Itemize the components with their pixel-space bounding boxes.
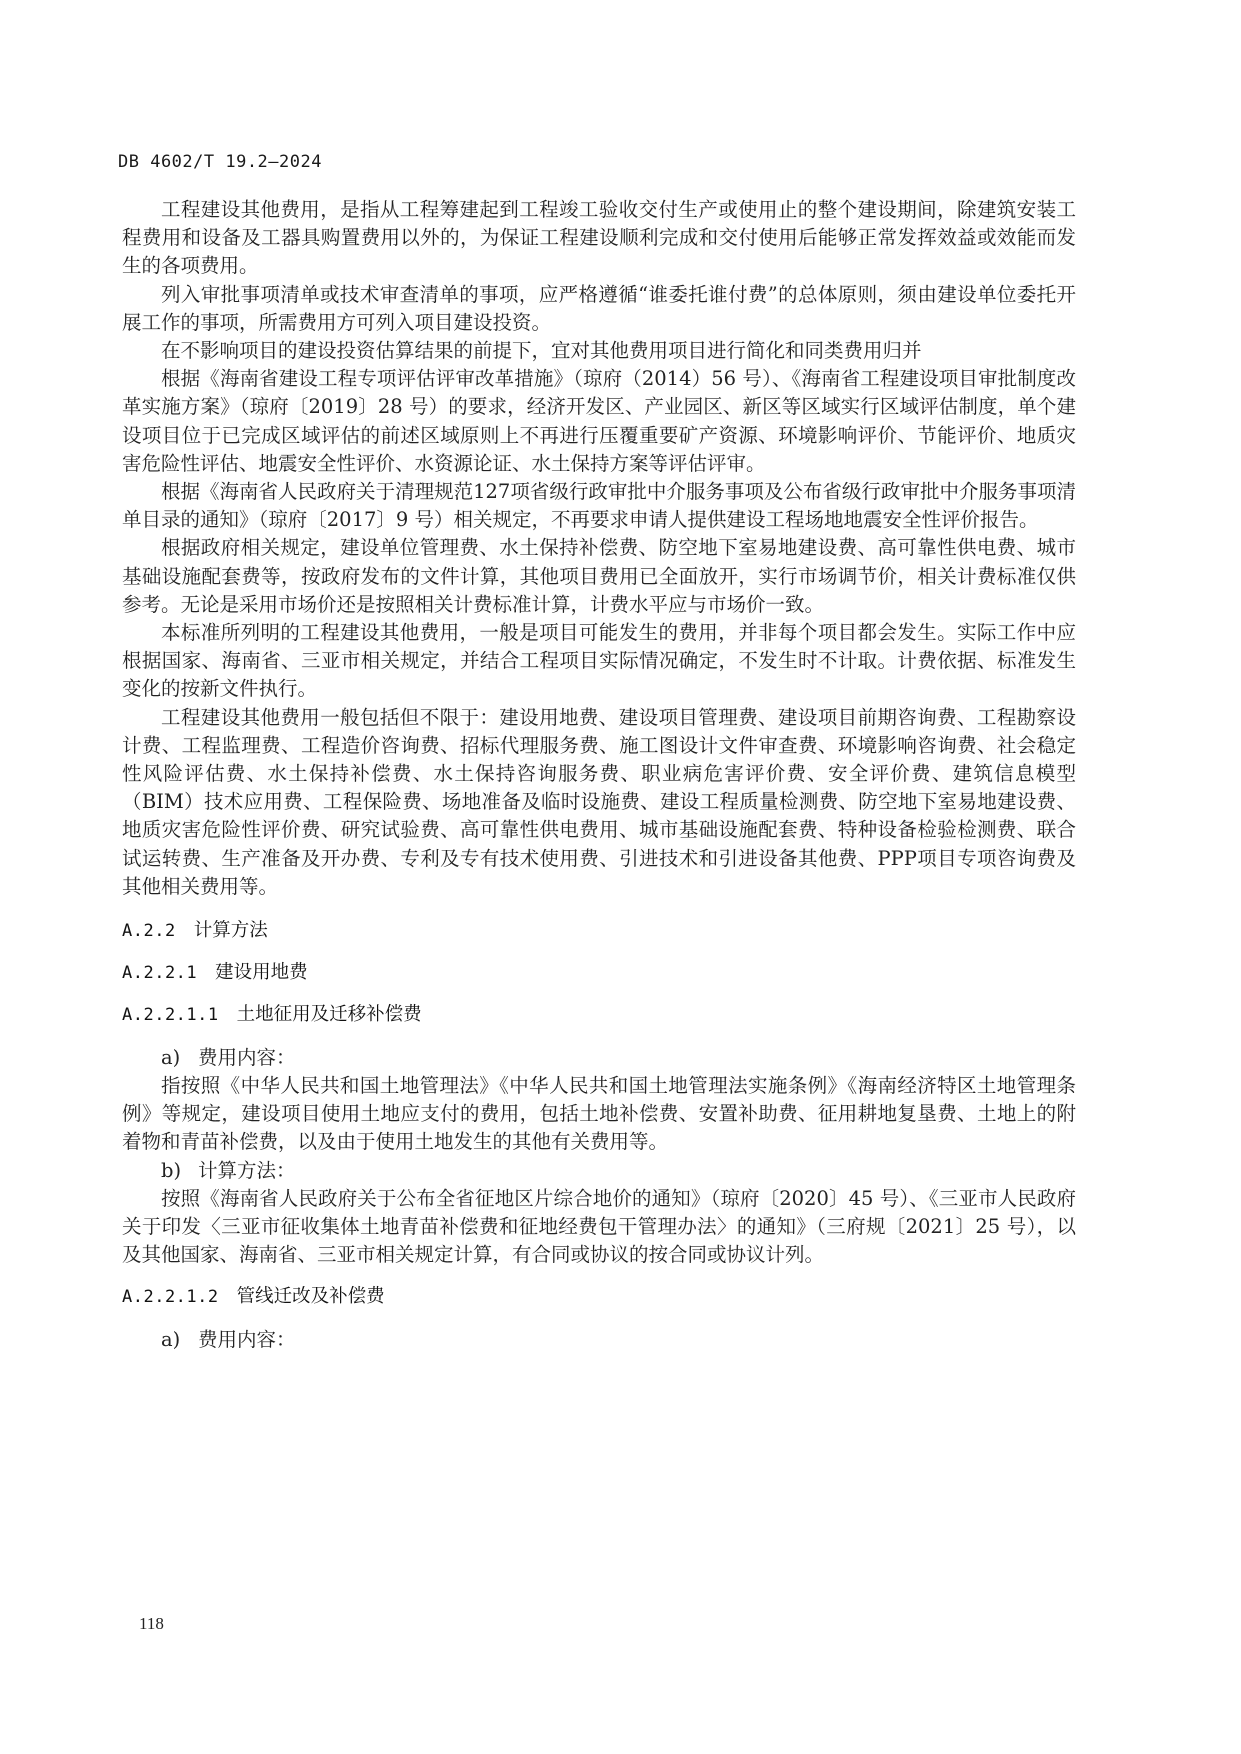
list-marker: a) [161, 1044, 198, 1072]
paragraph-approval-items: 列入审批事项清单或技术审查清单的事项，应严格遵循“谁委托谁付费”的总体原则，须由… [122, 281, 1076, 337]
list-item-label-a: a)费用内容： [122, 1044, 1076, 1072]
section-heading-a22: A.2.2计算方法 [122, 917, 1076, 945]
paragraph-fee-list: 工程建设其他费用一般包括但不限于：建设用地费、建设项目管理费、建设项目前期咨询费… [122, 704, 1076, 901]
standard-number-header: DB 4602/T 19.2—2024 [118, 152, 322, 172]
section-number: A.2.2.1.2 [122, 1287, 219, 1307]
section-heading-a2211: A.2.2.1.1土地征用及迁移补偿费 [122, 1001, 1076, 1029]
paragraph-land-fee-content: 指按照《中华人民共和国土地管理法》《中华人民共和国土地管理法实施条例》《海南经济… [122, 1072, 1076, 1157]
section-number: A.2.2.1.1 [122, 1005, 219, 1025]
paragraph-simplification: 在不影响项目的建设投资估算结果的前提下，宜对其他费用项目进行简化和同类费用归并 [122, 337, 1076, 365]
page-number: 118 [139, 1614, 164, 1634]
document-page: DB 4602/T 19.2—2024 工程建设其他费用，是指从工程筹建起到工程… [0, 0, 1241, 1754]
list-label: 费用内容： [198, 1046, 296, 1069]
list-label: 计算方法： [198, 1159, 296, 1182]
list-marker: a) [161, 1326, 198, 1354]
paragraph-regional-assessment: 根据《海南省建设工程专项评估评审改革措施》（琼府（2014）56 号）、《海南省… [122, 365, 1076, 478]
section-number: A.2.2 [122, 921, 176, 941]
paragraph-government-fees: 根据政府相关规定，建设单位管理费、水土保持补偿费、防空地下室易地建设费、高可靠性… [122, 534, 1076, 619]
section-title: 管线迁改及补偿费 [237, 1286, 385, 1307]
section-heading-a221: A.2.2.1建设用地费 [122, 959, 1076, 987]
list-marker: b) [161, 1157, 198, 1185]
list-item-label-b: b)计算方法： [122, 1157, 1076, 1185]
section-heading-a2212: A.2.2.1.2管线迁改及补偿费 [122, 1283, 1076, 1311]
paragraph-seismic-report: 根据《海南省人民政府关于清理规范127项省级行政审批中介服务事项及公布省级行政审… [122, 478, 1076, 534]
section-title: 建设用地费 [215, 962, 308, 983]
section-title: 土地征用及迁移补偿费 [237, 1004, 422, 1025]
document-body: 工程建设其他费用，是指从工程筹建起到工程竣工验收交付生产或使用止的整个建设期间，… [122, 196, 1076, 1354]
list-item-label-a2: a)费用内容： [122, 1326, 1076, 1354]
paragraph-definition: 工程建设其他费用，是指从工程筹建起到工程竣工验收交付生产或使用止的整个建设期间，… [122, 196, 1076, 281]
list-label: 费用内容： [198, 1328, 296, 1351]
section-title: 计算方法 [194, 920, 268, 941]
paragraph-listed-fees: 本标准所列明的工程建设其他费用，一般是项目可能发生的费用，并非每个项目都会发生。… [122, 619, 1076, 704]
section-number: A.2.2.1 [122, 963, 197, 983]
paragraph-land-fee-method: 按照《海南省人民政府关于公布全省征地区片综合地价的通知》（琼府〔2020〕45 … [122, 1185, 1076, 1270]
